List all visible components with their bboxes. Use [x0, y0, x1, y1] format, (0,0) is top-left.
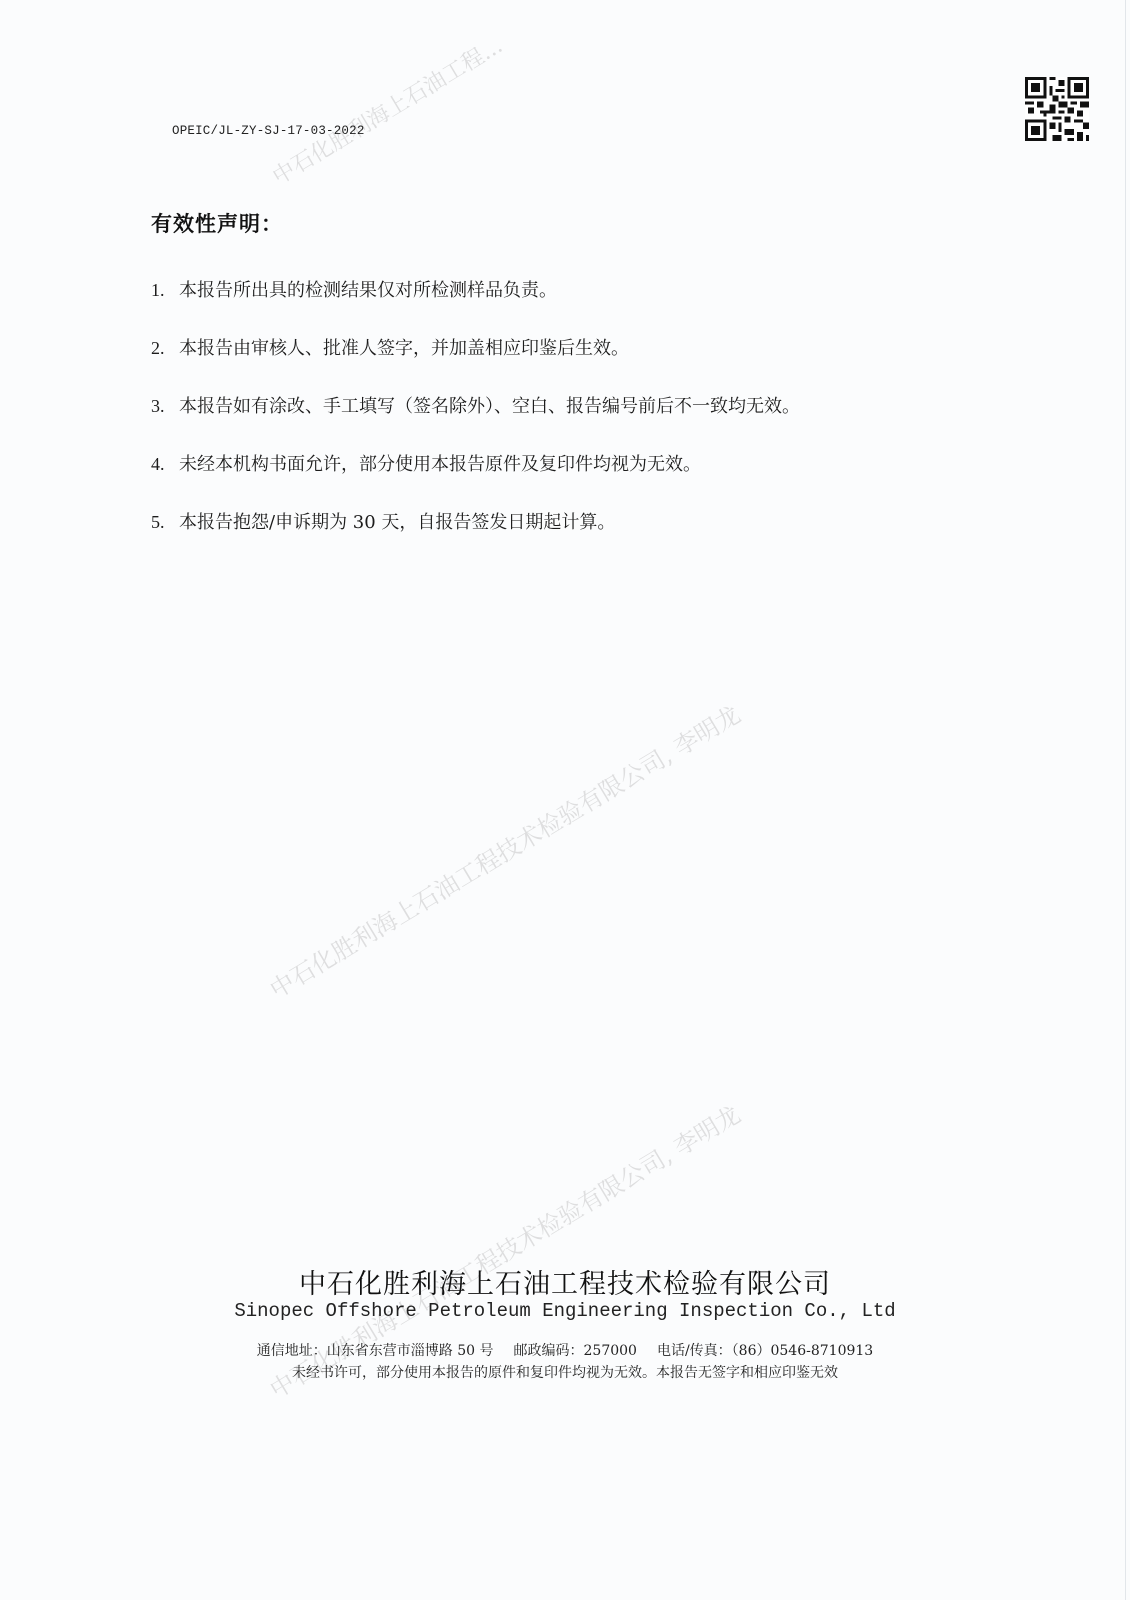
contact-info: 通信地址：山东省东营市淄博路 50 号邮政编码：257000电话/传真：（86）…	[0, 1340, 1130, 1360]
clause-item: 4.未经本机构书面允许，部分使用本报告原件及复印件均视为无效。	[151, 454, 800, 512]
clause-item: 3.本报告如有涂改、手工填写（签名除外）、空白、报告编号前后不一致均无效。	[151, 396, 800, 454]
clause-number: 2.	[151, 338, 179, 358]
postal-code: 邮政编码：257000	[514, 1343, 637, 1359]
clause-item: 1.本报告所出具的检测结果仅对所检测样品负责。	[151, 280, 800, 338]
clause-text: 本报告如有涂改、手工填写（签名除外）、空白、报告编号前后不一致均无效。	[179, 396, 800, 417]
clause-item: 5.本报告抱怨/申诉期为 30 天，自报告签发日期起计算。	[151, 512, 800, 570]
clause-item: 2.本报告由审核人、批准人签字，并加盖相应印鉴后生效。	[151, 338, 800, 396]
watermark-top: 中石化胜利海上石油工程...	[266, 29, 507, 191]
clause-text: 本报告由审核人、批准人签字，并加盖相应印鉴后生效。	[179, 338, 629, 359]
clause-text: 本报告抱怨/申诉期为 30 天，自报告签发日期起计算。	[179, 512, 615, 533]
validity-clauses: 1.本报告所出具的检测结果仅对所检测样品负责。 2.本报告由审核人、批准人签字，…	[151, 280, 800, 570]
document-page: 中石化胜利海上石油工程... 中石化胜利海上石油工程技术检验有限公司, 李明龙 …	[0, 0, 1130, 1600]
clause-number: 3.	[151, 396, 179, 416]
company-name-chinese: 中石化胜利海上石油工程技术检验有限公司	[0, 1262, 1130, 1301]
clause-number: 1.	[151, 280, 179, 300]
clause-text: 本报告所出具的检测结果仅对所检测样品负责。	[179, 280, 557, 301]
phone-fax: 电话/传真：（86）0546-8710913	[657, 1343, 873, 1359]
company-name-english: Sinopec Offshore Petroleum Engineering I…	[0, 1300, 1130, 1322]
qr-code-icon	[1025, 77, 1089, 141]
page-edge	[1125, 0, 1126, 1600]
mailing-address: 通信地址：山东省东营市淄博路 50 号	[257, 1343, 494, 1359]
clause-number: 5.	[151, 512, 179, 532]
document-code: OPEIC/JL-ZY-SJ-17-03-2022	[172, 124, 365, 138]
validity-statement-heading: 有效性声明：	[151, 208, 283, 238]
watermark-middle: 中石化胜利海上石油工程技术检验有限公司, 李明龙	[262, 695, 746, 1005]
usage-notice: 未经书许可，部分使用本报告的原件和复印件均视为无效。本报告无签字和相应印鉴无效	[0, 1362, 1130, 1382]
clause-number: 4.	[151, 454, 179, 474]
clause-text: 未经本机构书面允许，部分使用本报告原件及复印件均视为无效。	[179, 454, 701, 475]
